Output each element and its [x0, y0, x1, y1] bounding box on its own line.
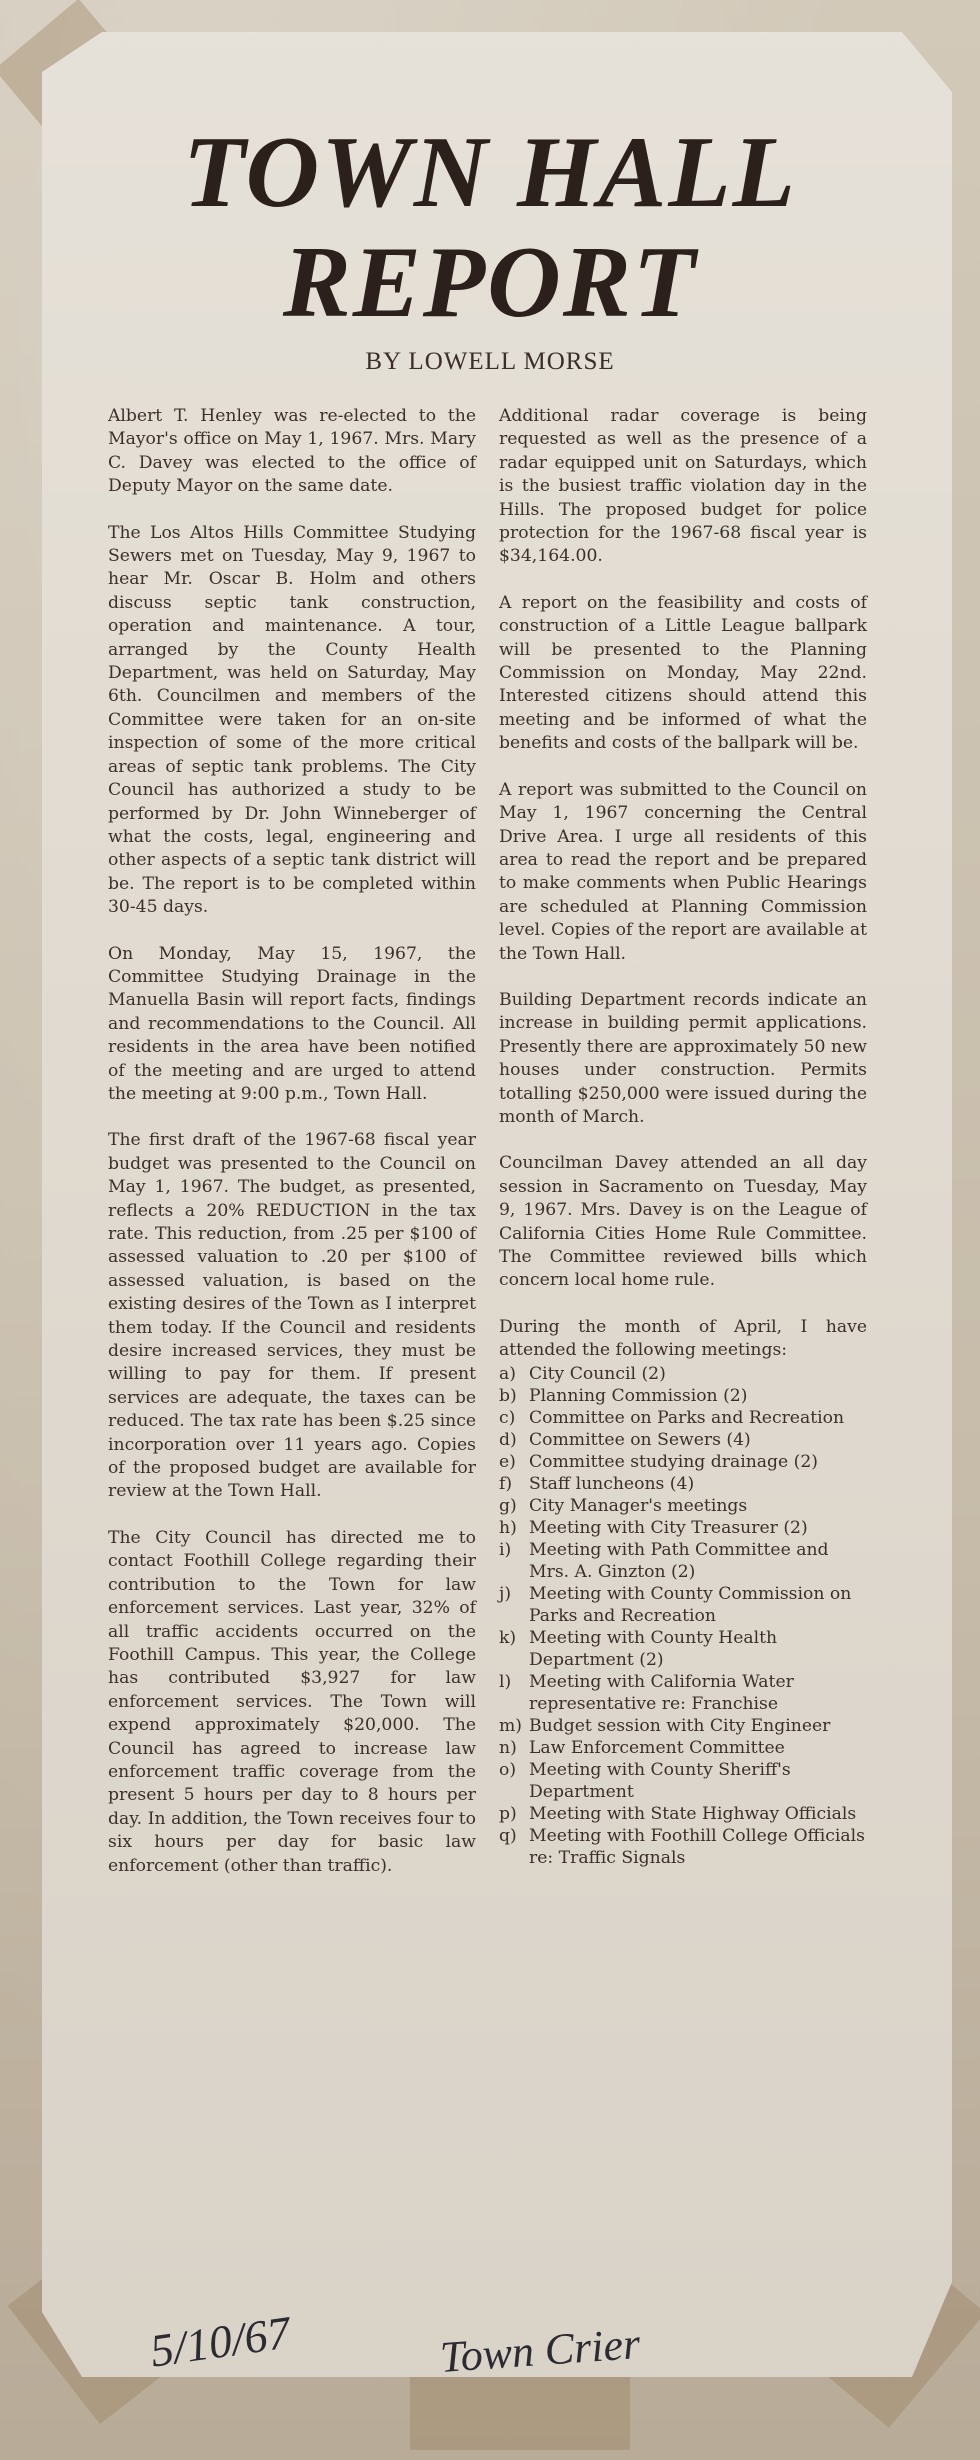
list-item: o)Meeting with County Sheriff's Departme…	[499, 1759, 867, 1803]
list-item: p)Meeting with State Highway Officials	[499, 1803, 867, 1825]
title-line-1: TOWN HALL	[0, 118, 980, 228]
left-column: Albert T. Henley was re-elected to the M…	[108, 405, 476, 1901]
list-item: q)Meeting with Foothill College Official…	[499, 1825, 867, 1869]
list-item: f)Staff luncheons (4)	[499, 1473, 867, 1495]
list-item: k)Meeting with County Health Department …	[499, 1627, 867, 1671]
paragraph-building: Building Department records indicate an …	[499, 989, 867, 1129]
list-item: b)Planning Commission (2)	[499, 1385, 867, 1407]
paragraph-ballpark: A report on the feasibility and costs of…	[499, 592, 867, 756]
paragraph-drainage: On Monday, May 15, 1967, the Committee S…	[108, 943, 476, 1107]
paragraph-law-enforcement: The City Council has directed me to cont…	[108, 1527, 476, 1878]
meetings-list: a)City Council (2) b)Planning Commission…	[499, 1363, 867, 1869]
list-item: i)Meeting with Path Committee and Mrs. A…	[499, 1539, 867, 1583]
paragraph-budget: The first draft of the 1967-68 fiscal ye…	[108, 1129, 476, 1504]
paragraph-central-drive: A report was submitted to the Council on…	[499, 779, 867, 966]
list-item: e)Committee studying drainage (2)	[499, 1451, 867, 1473]
paragraph-sacramento: Councilman Davey attended an all day ses…	[499, 1152, 867, 1292]
right-column: Additional radar coverage is being reque…	[499, 405, 867, 1869]
paragraph-radar: Additional radar coverage is being reque…	[499, 405, 867, 569]
page-title: TOWN HALL REPORT	[0, 118, 980, 338]
list-item: l)Meeting with California Water represen…	[499, 1671, 867, 1715]
paragraph-meetings-intro: During the month of April, I have attend…	[499, 1316, 867, 1363]
list-item: n)Law Enforcement Committee	[499, 1737, 867, 1759]
list-item: j)Meeting with County Commission on Park…	[499, 1583, 867, 1627]
list-item: c)Committee on Parks and Recreation	[499, 1407, 867, 1429]
paragraph-sewers: The Los Altos Hills Committee Studying S…	[108, 522, 476, 920]
list-item: d)Committee on Sewers (4)	[499, 1429, 867, 1451]
list-item: g)City Manager's meetings	[499, 1495, 867, 1517]
title-line-2: REPORT	[0, 228, 980, 338]
byline: BY LOWELL MORSE	[0, 348, 980, 376]
paragraph-election: Albert T. Henley was re-elected to the M…	[108, 405, 476, 499]
list-item: a)City Council (2)	[499, 1363, 867, 1385]
list-item: h)Meeting with City Treasurer (2)	[499, 1517, 867, 1539]
list-item: m)Budget session with City Engineer	[499, 1715, 867, 1737]
